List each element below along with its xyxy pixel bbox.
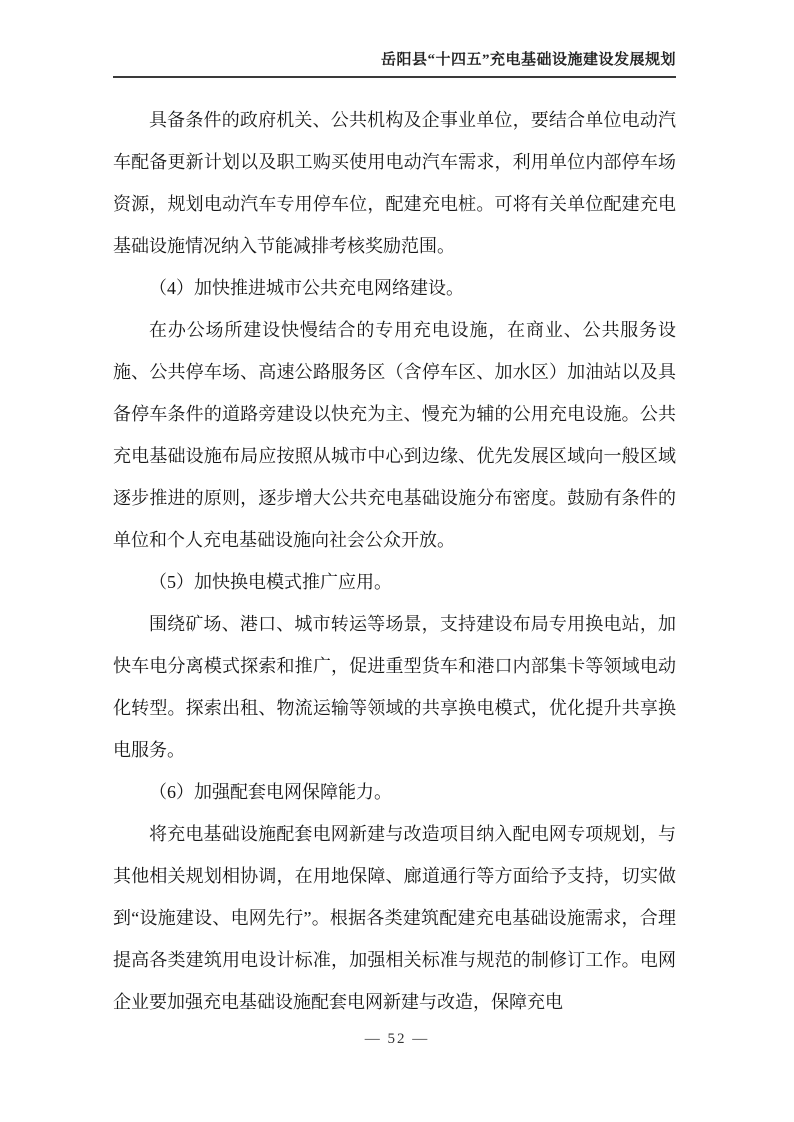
section-heading-6: （6）加强配套电网保障能力。 [113, 771, 676, 813]
paragraph-unit-charging: 具备条件的政府机关、公共机构及企事业单位，要结合单位电动汽车配备更新计划以及职工… [113, 99, 676, 267]
header-title: 岳阳县“十四五”充电基础设施建设发展规划 [381, 52, 676, 68]
section-heading-4: （4）加快推进城市公共充电网络建设。 [113, 267, 676, 309]
paragraph-battery-swap: 围绕矿场、港口、城市转运等场景，支持建设布局专用换电站，加快车电分离模式探索和推… [113, 603, 676, 771]
document-page: 岳阳县“十四五”充电基础设施建设发展规划 具备条件的政府机关、公共机构及企事业单… [0, 0, 794, 1122]
page-header: 岳阳县“十四五”充电基础设施建设发展规划 [113, 48, 676, 78]
page-number: — 52 — [365, 1031, 430, 1047]
document-body: 具备条件的政府机关、公共机构及企事业单位，要结合单位电动汽车配备更新计划以及职工… [113, 99, 676, 1023]
paragraph-public-charging-network: 在办公场所建设快慢结合的专用充电设施，在商业、公共服务设施、公共停车场、高速公路… [113, 309, 676, 561]
page-footer: — 52 — [0, 1031, 794, 1048]
paragraph-grid-support: 将充电基础设施配套电网新建与改造项目纳入配电网专项规划，与其他相关规划相协调，在… [113, 813, 676, 1023]
section-heading-5: （5）加快换电模式推广应用。 [113, 561, 676, 603]
